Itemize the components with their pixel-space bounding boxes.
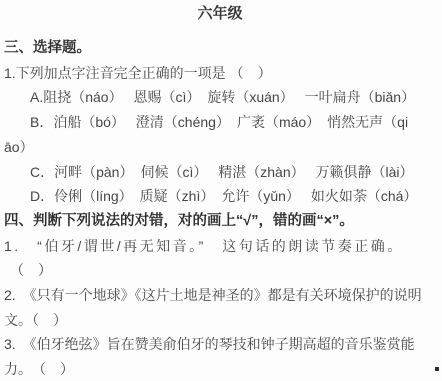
section-judge-heading: 四、判断下列说法的对错，对的画上“√”，错的画“×”。 [4,209,436,234]
page-title: 六年级 [4,2,436,25]
question-1-option-c: C．河畔（pàn） 伺候（cì） 精湛（zhàn） 万籁俱静（lài） [4,160,436,185]
stray-mark-dot [435,367,439,371]
judge-item-1-text: 1. “伯牙/谓世/再无知音。” 这句话的朗读节奏正确。 [4,234,436,259]
judge-item-3-text: 3. 《伯牙绝弦》旨在赞美俞伯牙的琴技和钟子期高超的音乐鉴赏能 [4,332,436,357]
question-1-stem: 1.下列加点字注音完全正确的一项是 （ ） [4,61,436,86]
question-1-option-a: A.阻挠（náo） 恩赐（cì） 旋转（xuán） 一叶扁舟（biǎn） [4,85,436,110]
judge-item-1-answer-blank: （ ） [4,258,436,283]
worksheet-page: 六年级 三、选择题。 1.下列加点字注音完全正确的一项是 （ ） A.阻挠（ná… [0,0,442,381]
question-1-option-b-line1: B．泊船（bó） 澄清（chéng） 广袤（máo） 悄然无声（qi [4,110,436,135]
judge-item-3-answer-blank: 力。 （ ） [4,357,436,381]
section-choice-heading: 三、选择题。 [4,36,436,61]
judge-item-2-answer-blank: 文。（ ） [4,308,436,333]
question-1-option-b-line2: āo） [4,135,436,160]
question-1-option-d: D．伶俐（líng） 质疑（zhì） 允许（yǔn） 如火如荼（chá） [4,184,436,209]
judge-item-2-text: 2. 《只有一个地球》《这片土地是神圣的》都是有关环境保护的说明 [4,283,436,308]
